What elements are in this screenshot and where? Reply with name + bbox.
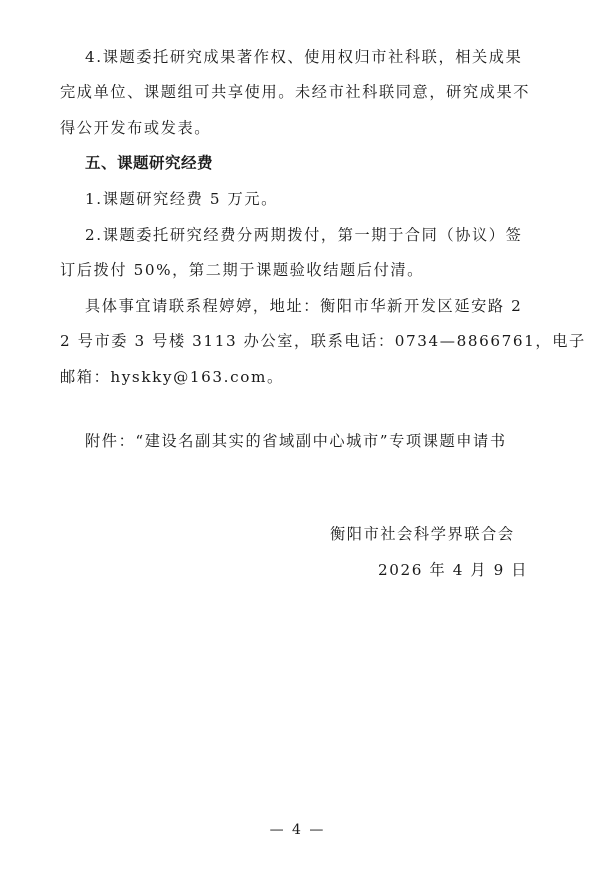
item4-line3: 得公开发布或发表。 <box>60 118 211 138</box>
signature-date: 2026 年 4 月 9 日 <box>378 560 528 580</box>
attachment-line: 附件：“建设名副其实的省域副中心城市”专项课题申请书 <box>85 431 507 451</box>
page-number: — 4 — <box>0 822 595 838</box>
item4-line1: 4.课题委托研究成果著作权、使用权归市社科联，相关成果 <box>85 47 522 67</box>
section5-item2-line1: 2.课题委托研究经费分两期拨付，第一期于合同（协议）签 <box>85 225 522 245</box>
section5-item2-line2: 订后拨付 50%，第二期于课题验收结题后付清。 <box>60 260 424 280</box>
contact-line1: 具体事宜请联系程婷婷，地址：衡阳市华新开发区延安路 2 <box>85 296 522 316</box>
section5-heading: 五、课题研究经费 <box>85 153 213 173</box>
contact-line2: 2 号市委 3 号楼 3113 办公室，联系电话：0734—8866761，电子 <box>60 331 586 351</box>
contact-line3: 邮箱：hyskky@163.com。 <box>60 367 284 387</box>
signature-organization: 衡阳市社会科学界联合会 <box>330 524 515 544</box>
section5-item1: 1.课题研究经费 5 万元。 <box>85 189 278 209</box>
item4-line2: 完成单位、课题组可共享使用。未经市社科联同意，研究成果不 <box>60 82 530 102</box>
